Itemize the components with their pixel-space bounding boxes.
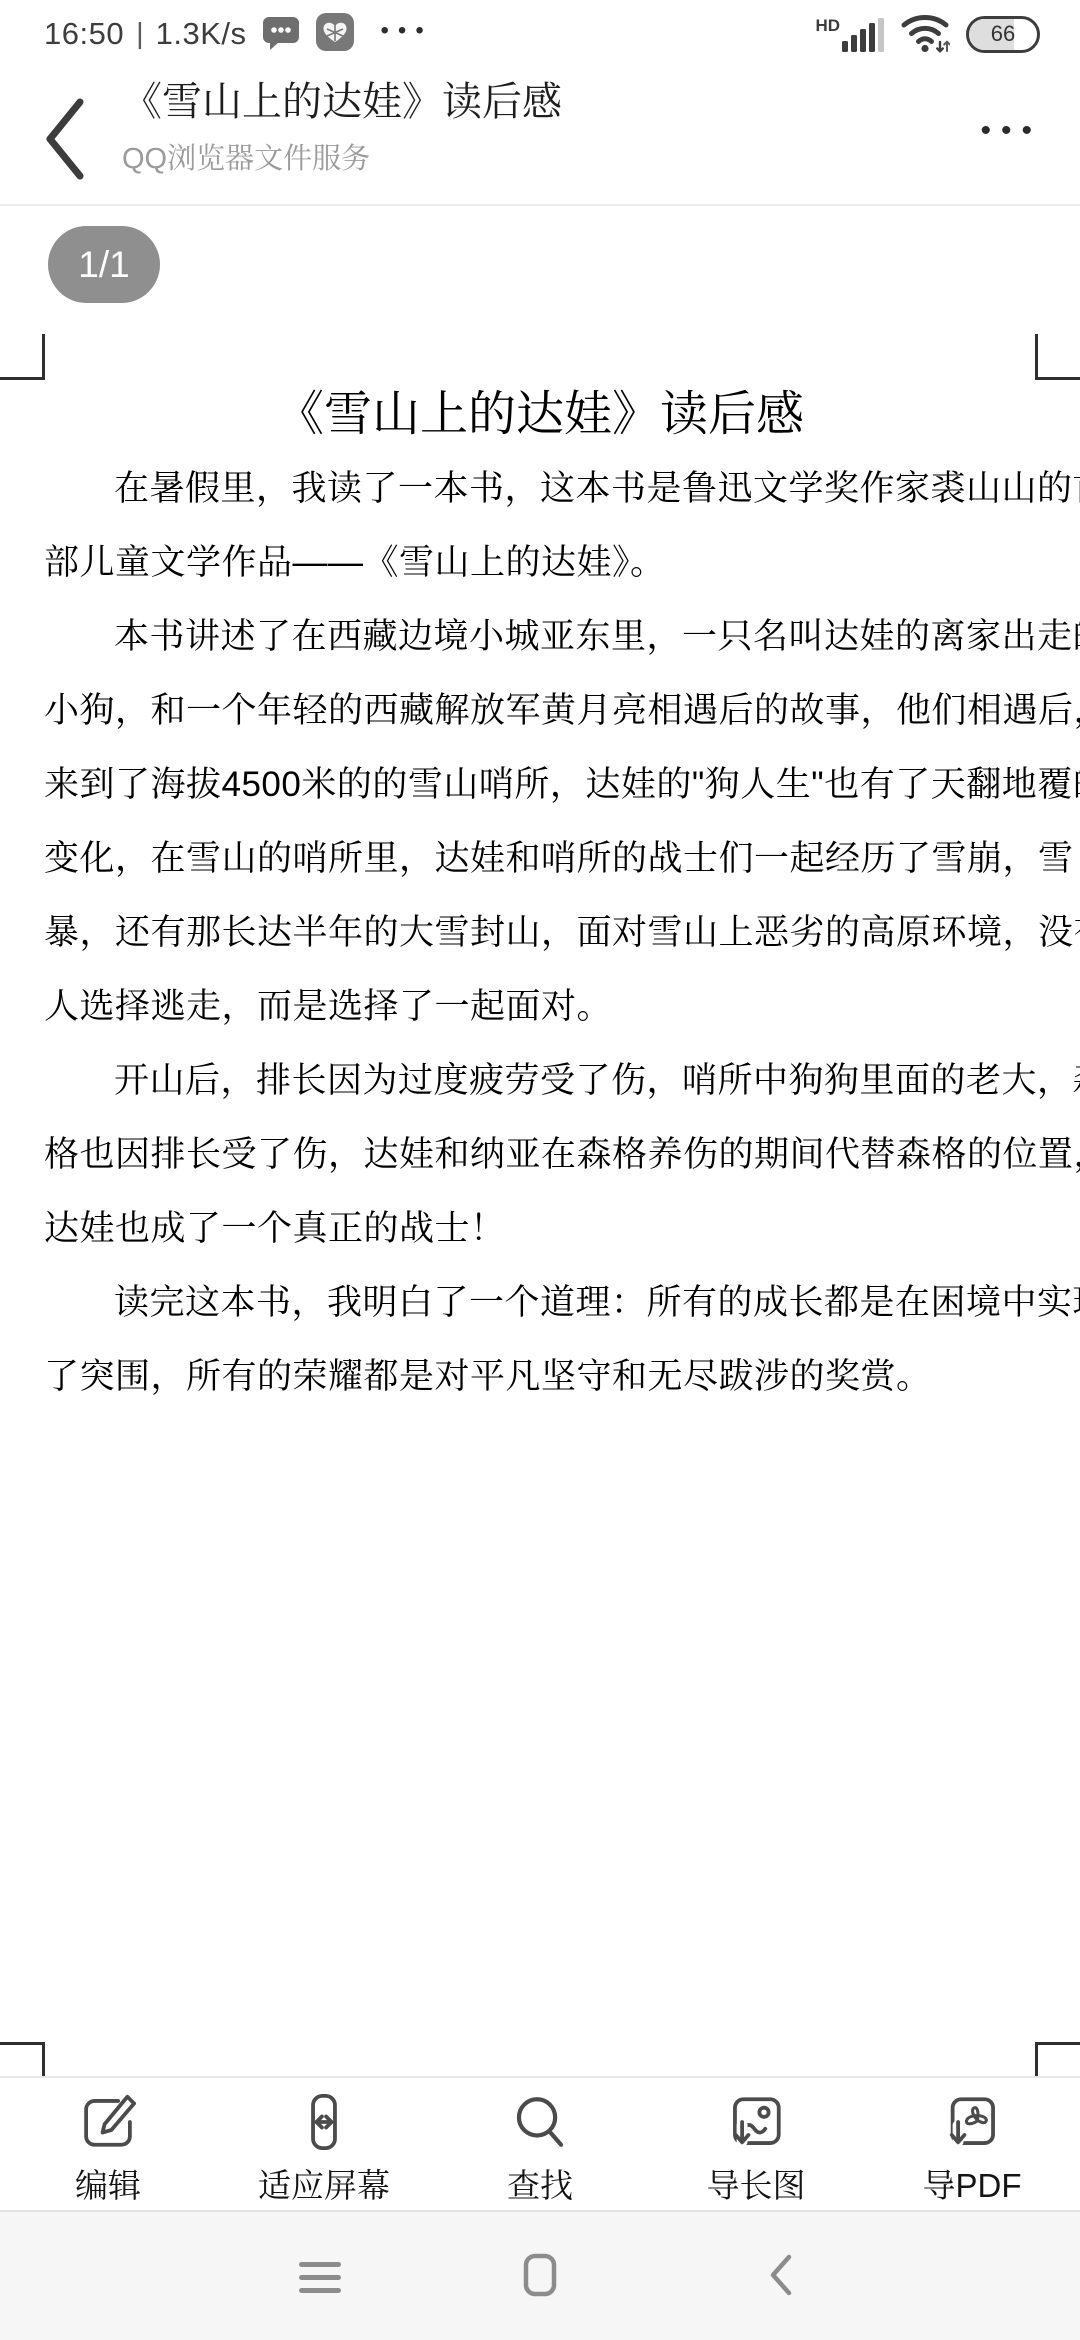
document-line: 人选择逃走，而是选择了一起面对。 [44, 970, 1036, 1044]
toolbar-label: 导长图 [707, 2160, 806, 2207]
document-line: 达娃也成了一个真正的战士！ [44, 1192, 1036, 1266]
document-line: 暴，还有那长达半年的大雪封山，面对雪山上恶劣的高原环境，没有 [44, 896, 1036, 970]
document-line: 来到了海拔4500米的的雪山哨所，达娃的"狗人生"也有了天翻地覆的 [44, 748, 1036, 822]
file-title: 《雪山上的达娃》读后感 [122, 76, 882, 128]
document-line: 变化，在雪山的哨所里，达娃和哨所的战士们一起经历了雪崩，雪 [44, 822, 1036, 896]
heart-app-icon [315, 12, 355, 57]
document-line: 部儿童文学作品——《雪山上的达娃》。 [44, 526, 1036, 600]
nav-back-icon [767, 2253, 793, 2302]
search-icon [508, 2090, 572, 2154]
document-title: 《雪山上的达娃》读后感 [0, 378, 1080, 452]
page-corner-mark-top-right [1035, 334, 1080, 380]
toolbar-label: 导PDF [923, 2160, 1022, 2207]
toolbar-label: 适应屏幕 [258, 2160, 390, 2207]
file-source-label: QQ浏览器文件服务 [122, 136, 882, 177]
document-line: 在暑假里，我读了一本书，这本书是鲁迅文学奖作家裘山山的首 [44, 452, 1036, 526]
header-titles: 《雪山上的达娃》读后感 QQ浏览器文件服务 [122, 76, 882, 177]
document-line: 格也因排长受了伤，达娃和纳亚在森格养伤的期间代替森格的位置， [44, 1118, 1036, 1192]
page-corner-mark-top-left [0, 334, 45, 380]
recents-menu-icon [299, 2262, 341, 2293]
battery-percent: 66 [991, 21, 1015, 47]
toolbar-export-long-image-button[interactable]: 导长图 [648, 2078, 864, 2210]
toolbar-find-button[interactable]: 查找 [432, 2078, 648, 2210]
toolbar-label: 查找 [507, 2160, 573, 2207]
network-speed: 1.3K/s [156, 16, 247, 52]
document-line: 开山后，排长因为过度疲劳受了伤，哨所中狗狗里面的老大，森 [44, 1044, 1036, 1118]
back-button[interactable] [36, 94, 92, 184]
hd-volte-label: HD [815, 16, 840, 36]
toolbar-label: 编辑 [75, 2160, 141, 2207]
battery-indicator: 66 [966, 16, 1040, 53]
page-indicator-badge: 1/1 [48, 226, 160, 303]
wifi-icon [900, 10, 950, 59]
notification-overflow-icon: ••• [381, 17, 433, 51]
document-line: 读完这本书，我明白了一个道理：所有的成长都是在困境中实现 [44, 1266, 1036, 1340]
document-body: 在暑假里，我读了一本书，这本书是鲁迅文学奖作家裘山山的首部儿童文学作品——《雪山… [44, 452, 1036, 1414]
status-right: HD 66 [815, 10, 1040, 59]
toolbar-edit-button[interactable]: 编辑 [0, 2078, 216, 2210]
status-bar: 16:50 | 1.3K/s ••• [0, 0, 1080, 62]
message-icon [261, 12, 301, 57]
home-icon [523, 2253, 557, 2302]
toolbar-export-pdf-button[interactable]: 导PDF [864, 2078, 1080, 2210]
system-nav-bar [0, 2210, 1080, 2340]
screen: 16:50 | 1.3K/s ••• [0, 0, 1080, 2340]
document-line: 本书讲述了在西藏边境小城亚东里，一只名叫达娃的离家出走的 [44, 600, 1036, 674]
document-line: 小狗，和一个年轻的西藏解放军黄月亮相遇后的故事，他们相遇后， [44, 674, 1036, 748]
export-pdf-icon [940, 2090, 1004, 2154]
nav-back-button[interactable] [730, 2212, 830, 2340]
page-corner-mark-bottom-left [0, 2042, 45, 2076]
cell-signal-icon: HD [815, 16, 884, 52]
bottom-toolbar: 编辑 适应屏幕 查找 [0, 2076, 1080, 2210]
status-left: 16:50 | 1.3K/s ••• [44, 12, 433, 57]
export-long-image-icon [724, 2090, 788, 2154]
more-menu-button[interactable]: ••• [980, 114, 1042, 148]
toolbar-fit-screen-button[interactable]: 适应屏幕 [216, 2078, 432, 2210]
nav-recents-button[interactable] [270, 2212, 370, 2340]
nav-home-button[interactable] [490, 2212, 590, 2340]
page-corner-mark-bottom-right [1035, 2042, 1080, 2076]
status-separator: | [136, 18, 144, 51]
clock: 16:50 [44, 16, 124, 52]
edit-icon [76, 2090, 140, 2154]
fit-screen-icon [292, 2090, 356, 2154]
app-header: 《雪山上的达娃》读后感 QQ浏览器文件服务 ••• [0, 62, 1080, 206]
document-line: 了突围，所有的荣耀都是对平凡坚守和无尽跋涉的奖赏。 [44, 1340, 1036, 1414]
